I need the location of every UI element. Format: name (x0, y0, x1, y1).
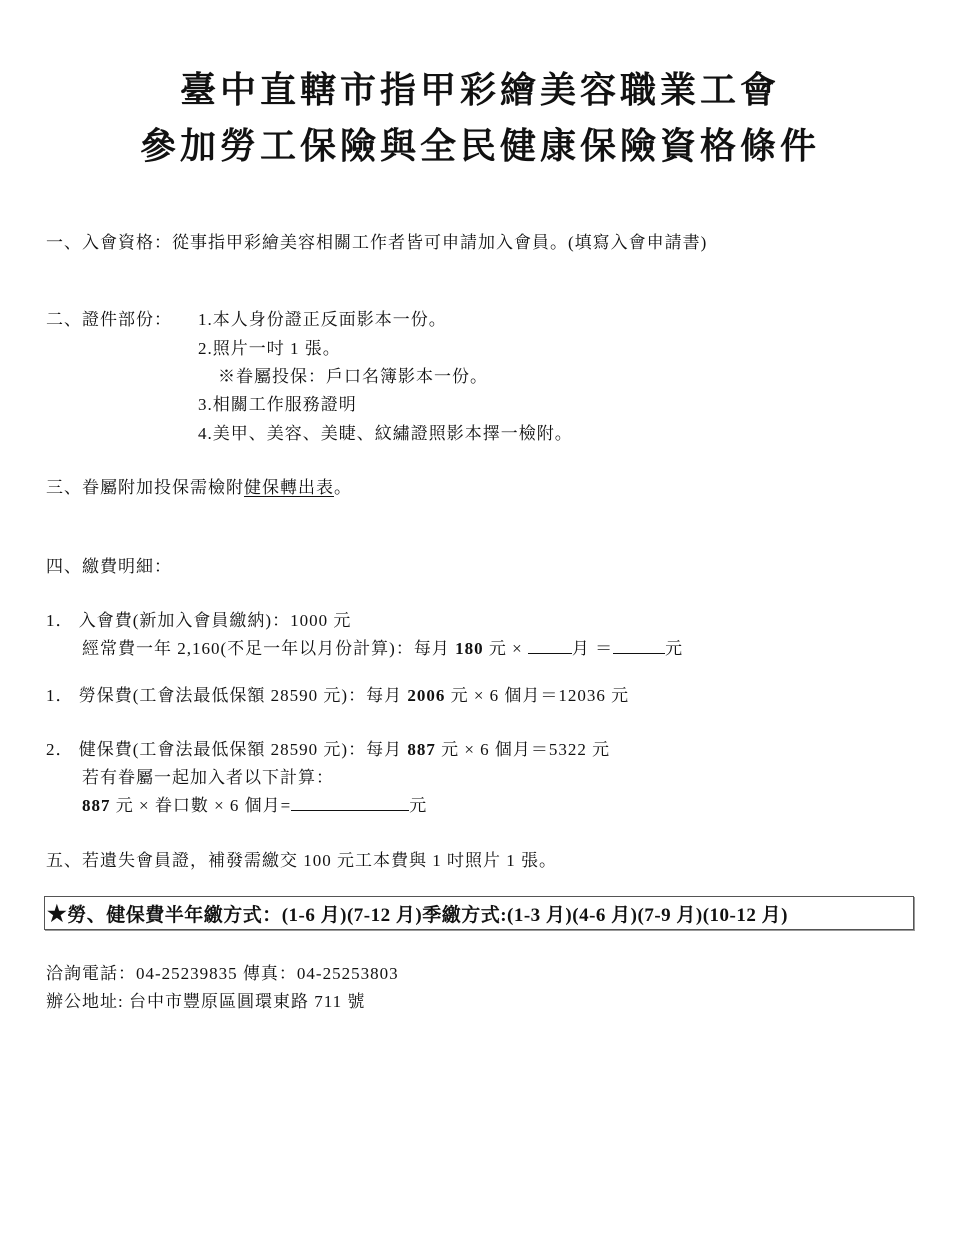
dependents-total-blank[interactable] (291, 794, 409, 811)
regular-fee-mult: 元 × (484, 639, 523, 658)
section-5: 五、若遺失會員證，補發需繳交 100 元工本費與 1 吋照片 1 張。 (46, 846, 557, 871)
regular-fee-amount: 180 (455, 639, 484, 658)
item-number: 2． (46, 740, 74, 759)
item-number: 1． (46, 686, 74, 705)
section-3: 三、眷屬附加投保需檢附健保轉出表。 (46, 473, 352, 498)
month-label: 月 ＝ (572, 639, 613, 658)
health-insurance-line: 2． 健保費(工會法最低保額 28590 元)：每月 887 元 × 6 個月＝… (46, 735, 610, 760)
regular-fee-line: 經常費一年 2,160(不足一年以月份計算)：每月 180 元 × 月 ＝元 (82, 634, 683, 659)
title-line-1: 臺中直轄市指甲彩繪美容職業工會 (0, 62, 960, 113)
labor-insurance-line: 1． 勞保費(工會法最低保額 28590 元)：每月 2006 元 × 6 個月… (46, 681, 629, 706)
star-icon: ★ (47, 901, 67, 926)
months-blank[interactable] (528, 637, 572, 654)
section-1-label: 一、入會資格： (46, 233, 172, 252)
health-insurance-total: 元 × 6 個月＝5322 元 (436, 740, 610, 759)
section-4-label: 四、繳費明細： (46, 552, 172, 577)
health-transfer-form: 健保轉出表 (244, 478, 334, 497)
yuan-label: 元 (665, 639, 683, 658)
regular-fee-text: 經常費一年 2,160(不足一年以月份計算)：每月 (82, 639, 455, 658)
payment-schedule-notice: ★勞、健保費半年繳方式：(1-6 月)(7-12 月)季繳方式:(1-3 月)(… (44, 896, 914, 930)
payment-schedule-text: 勞、健保費半年繳方式：(1-6 月)(7-12 月)季繳方式:(1-3 月)(4… (67, 905, 788, 926)
section-2-item-4: 4.美甲、美容、美睫、紋繡證照影本擇一檢附。 (198, 419, 573, 444)
section-2-item-note: ※眷屬投保：戶口名簿影本一份。 (218, 362, 488, 387)
dependents-amount: 887 (82, 796, 111, 815)
section-1: 一、入會資格：從事指甲彩繪美容相關工作者皆可申請加入會員。(填寫入會申請書) (46, 228, 707, 253)
section-1-text: 從事指甲彩繪美容相關工作者皆可申請加入會員。(填寫入會申請書) (172, 233, 707, 252)
dependents-note: 若有眷屬一起加入者以下計算： (82, 763, 334, 788)
contact-phone: 洽詢電話：04-25239835 傳真：04-25253803 (46, 959, 399, 984)
section-3-suffix: 。 (334, 478, 352, 497)
section-3-text: 三、眷屬附加投保需檢附 (46, 478, 244, 497)
title-line-2: 參加勞工保險與全民健康保險資格條件 (0, 118, 960, 169)
health-insurance-amount: 887 (407, 740, 436, 759)
section-2-item-1: 1.本人身份證正反面影本一份。 (198, 305, 447, 330)
labor-insurance-amount: 2006 (407, 686, 445, 705)
membership-fee-line: 1． 入會費(新加入會員繳納)：1000 元 (46, 606, 351, 631)
health-insurance-text: 健保費(工會法最低保額 28590 元)：每月 (79, 740, 408, 759)
section-2-label: 二、證件部份： (46, 305, 172, 330)
labor-insurance-total: 元 × 6 個月＝12036 元 (445, 686, 629, 705)
section-2-item-2: 2.照片一吋 1 張。 (198, 334, 341, 359)
membership-fee-text: 入會費(新加入會員繳納)：1000 元 (79, 611, 352, 630)
labor-insurance-text: 勞保費(工會法最低保額 28590 元)：每月 (79, 686, 408, 705)
dependents-formula-text: 元 × 眷口數 × 6 個月= (111, 796, 292, 815)
total-blank[interactable] (613, 637, 665, 654)
section-2-item-3: 3.相關工作服務證明 (198, 390, 357, 415)
yuan-label: 元 (409, 796, 427, 815)
office-address: 辦公地址: 台中市豐原區圓環東路 711 號 (46, 987, 365, 1012)
item-number: 1． (46, 611, 74, 630)
dependents-formula: 887 元 × 眷口數 × 6 個月=元 (82, 791, 427, 816)
